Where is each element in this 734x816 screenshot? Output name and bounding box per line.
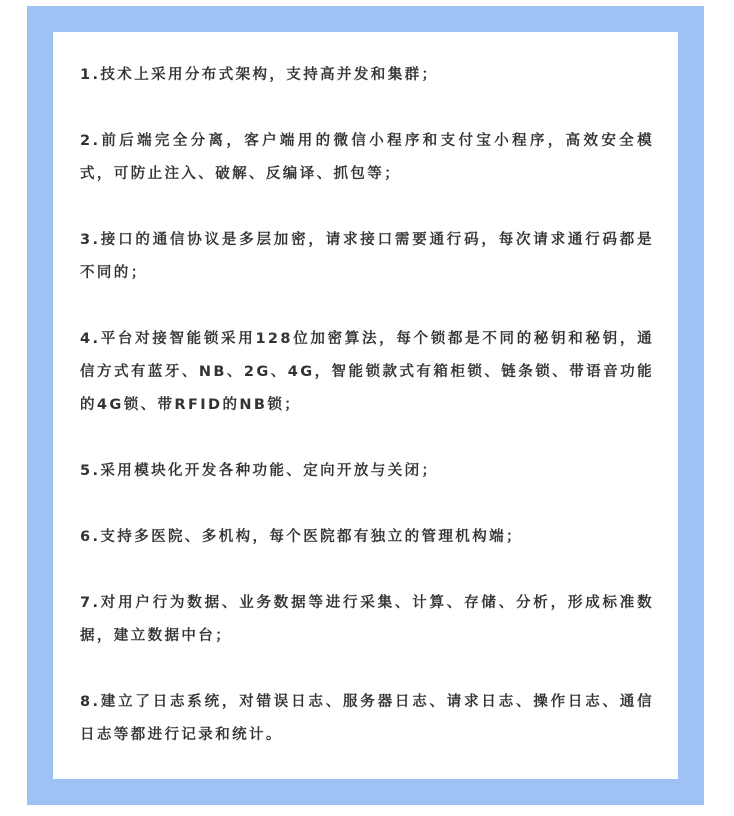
blue-frame: 1.技术上采用分布式架构，支持高并发和集群； 2.前后端完全分离，客户端用的微信… <box>27 6 704 805</box>
feature-item-3: 3.接口的通信协议是多层加密，请求接口需要通行码，每次请求通行码都是不同的； <box>80 224 654 290</box>
feature-item-7: 7.对用户行为数据、业务数据等进行采集、计算、存储、分析，形成标准数据，建立数据… <box>80 587 654 653</box>
feature-item-2: 2.前后端完全分离，客户端用的微信小程序和支付宝小程序，高效安全模式，可防止注入… <box>80 125 654 191</box>
feature-item-4: 4.平台对接智能锁采用128位加密算法，每个锁都是不同的秘钥和秘钥，通信方式有蓝… <box>80 323 654 422</box>
feature-item-5: 5.采用模块化开发各种功能、定向开放与关闭； <box>80 455 654 488</box>
feature-item-6: 6.支持多医院、多机构，每个医院都有独立的管理机构端； <box>80 521 654 554</box>
feature-list: 1.技术上采用分布式架构，支持高并发和集群； 2.前后端完全分离，客户端用的微信… <box>80 59 654 785</box>
content-panel: 1.技术上采用分布式架构，支持高并发和集群； 2.前后端完全分离，客户端用的微信… <box>53 32 678 779</box>
feature-item-1: 1.技术上采用分布式架构，支持高并发和集群； <box>80 59 654 92</box>
feature-item-8: 8.建立了日志系统，对错误日志、服务器日志、请求日志、操作日志、通信日志等都进行… <box>80 686 654 752</box>
